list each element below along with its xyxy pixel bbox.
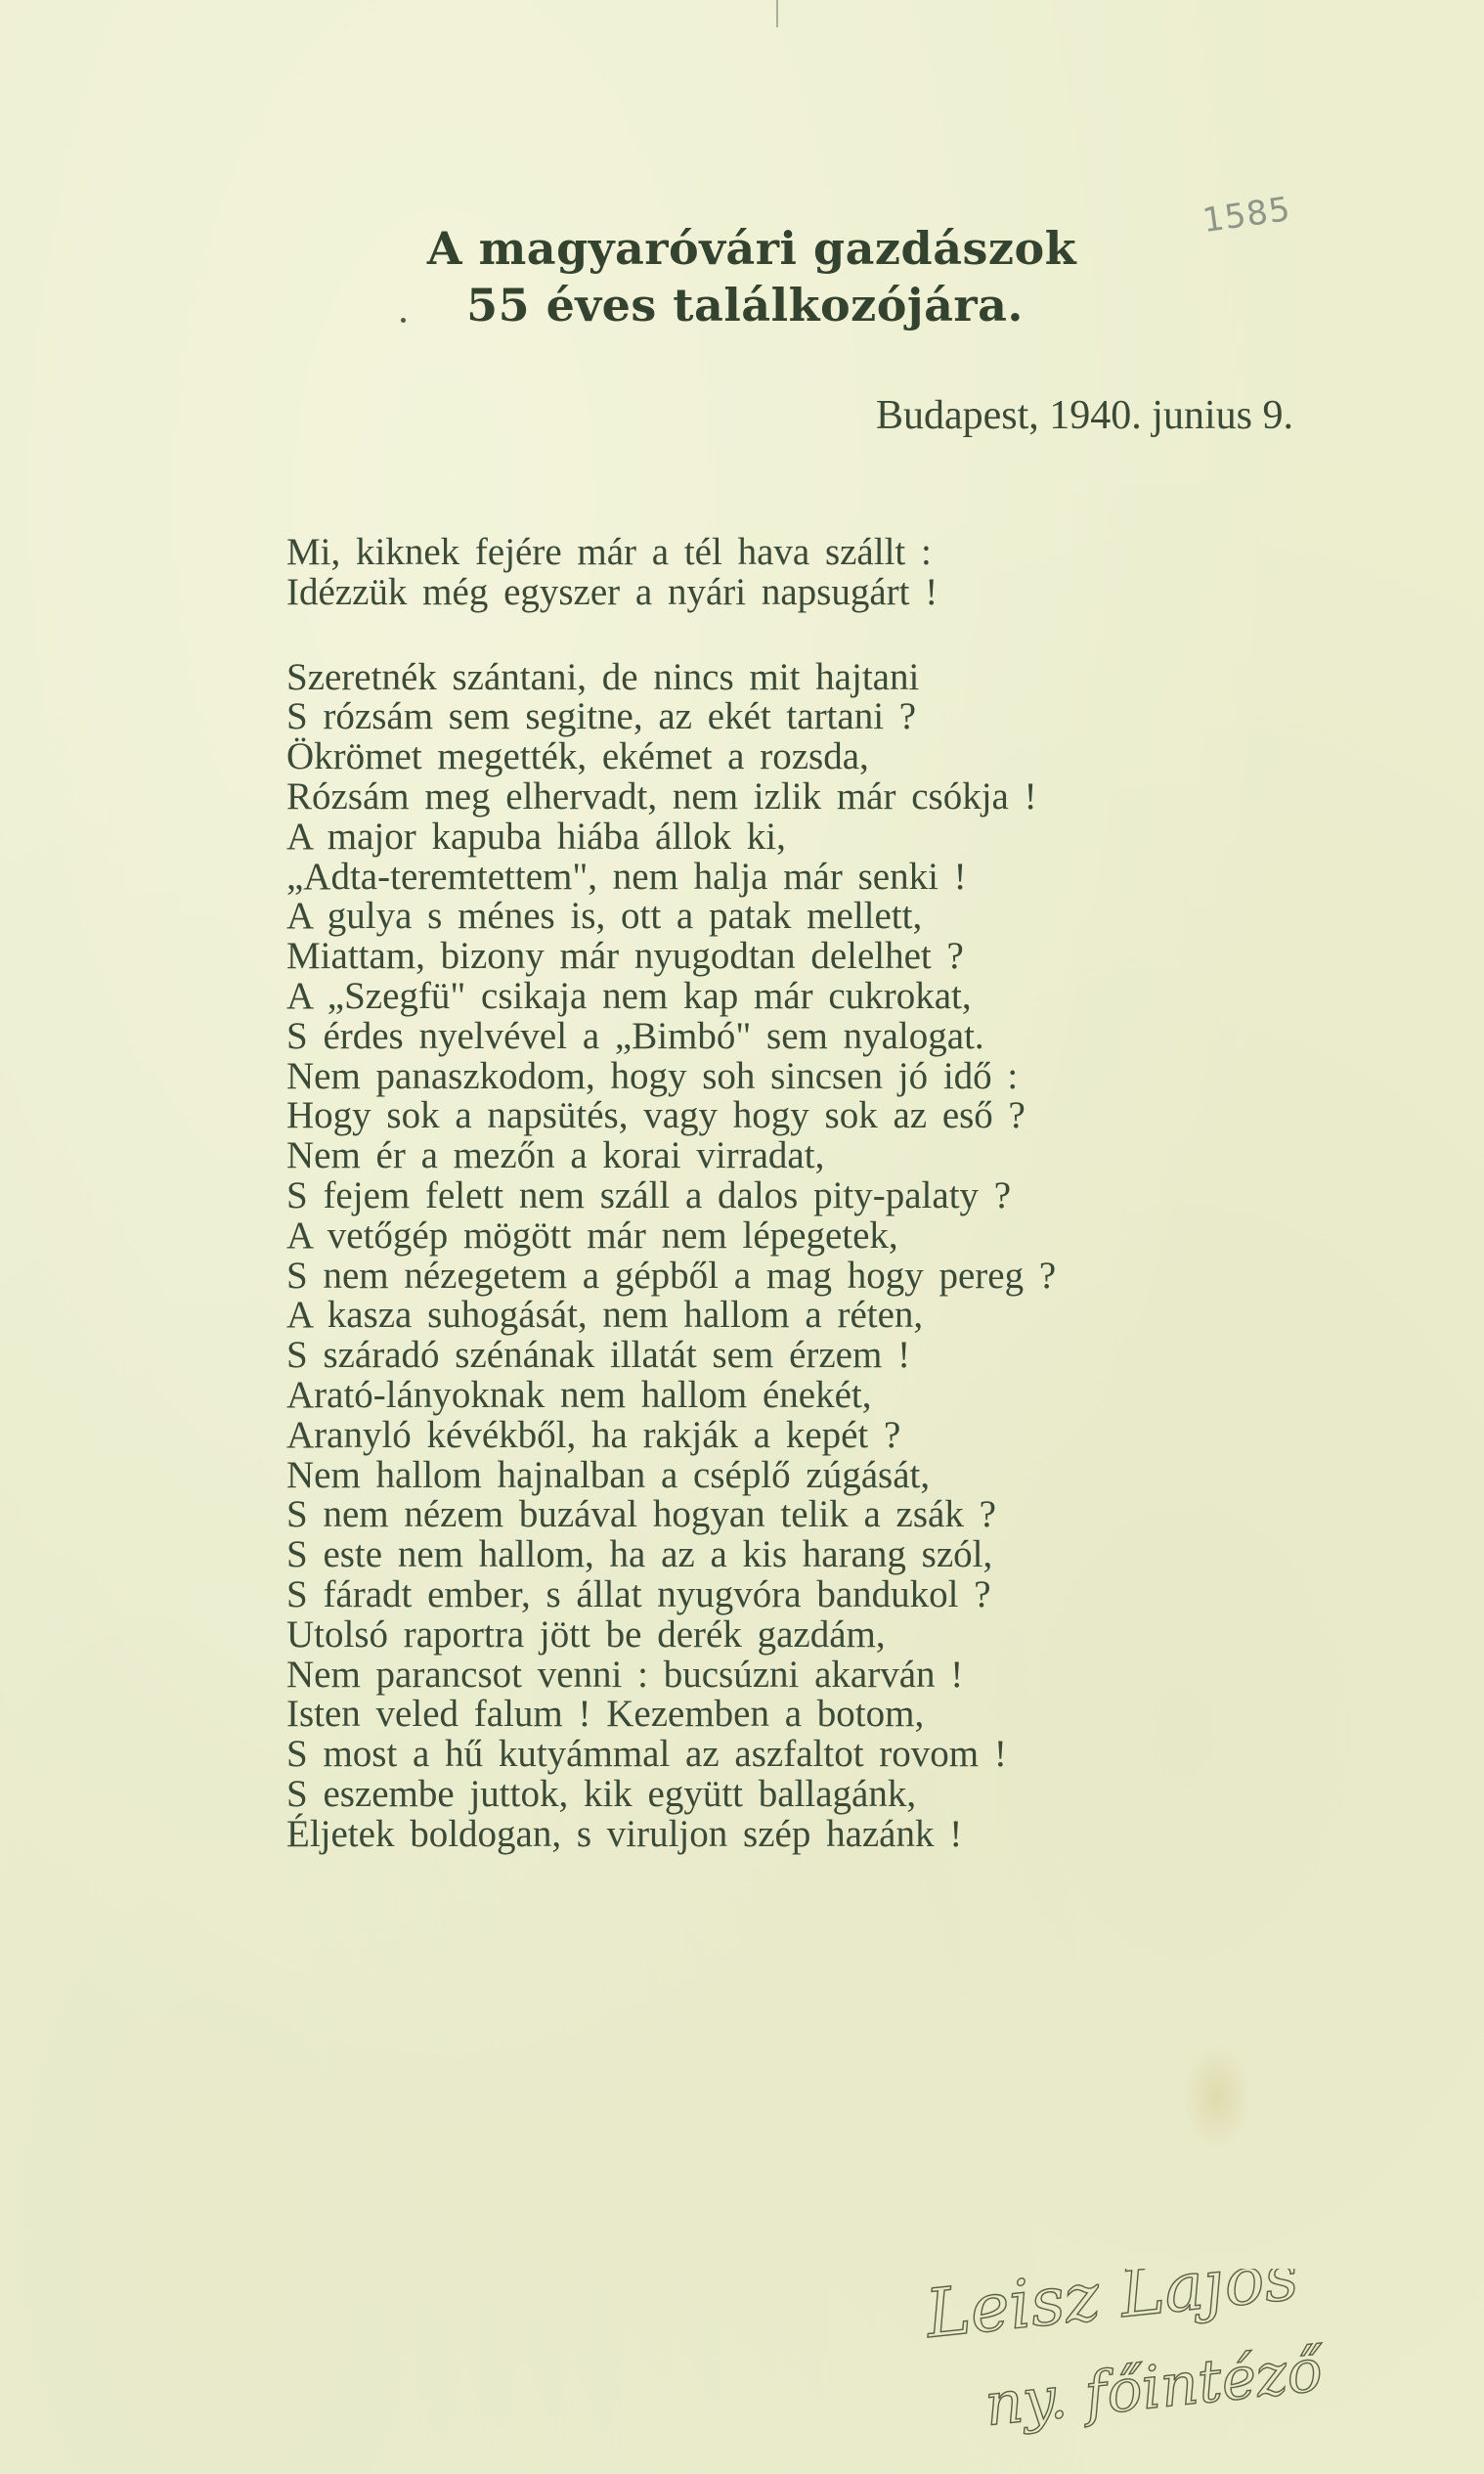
verse-line: Nem panaszkodom, hogy soh sincsen jó idő… bbox=[286, 1057, 1313, 1097]
verse-line: S rózsám sem segitne, az ekét tartani ? bbox=[286, 697, 1313, 737]
verse-line: Utolsó raportra jött be derék gazdám, bbox=[286, 1615, 1313, 1656]
verse-line: Miattam, bizony már nyugodtan delelhet ? bbox=[286, 937, 1313, 977]
stanza-1: Mi, kiknek fejére már a tél hava szállt … bbox=[286, 533, 1313, 613]
signature-name: Leisz Lajos bbox=[921, 2269, 1302, 2354]
paper-stain bbox=[1183, 2044, 1251, 2151]
verse-line: A „Szegfü" csikaja nem kap már cukrokat, bbox=[286, 977, 1313, 1017]
title-line-2: 55 éves találkozójára. bbox=[6, 277, 1484, 333]
verse-line: Ökrömet megették, ekémet a rozsda, bbox=[286, 737, 1313, 777]
verse-line: S nem nézem buzával hogyan telik a zsák … bbox=[286, 1495, 1313, 1535]
verse-line: S érdes nyelvével a „Bimbó" sem nyalogat… bbox=[286, 1017, 1313, 1057]
dateline: Budapest, 1940. junius 9. bbox=[876, 391, 1293, 440]
poem-title: A magyaróvári gazdászok 55 éves találkoz… bbox=[0, 220, 1484, 333]
verse-line: S most a hű kutyámmal az aszfaltot rovom… bbox=[286, 1735, 1313, 1775]
verse-line: Idézzük még egyszer a nyári napsugárt ! bbox=[286, 573, 1313, 613]
document-page: 1585 A magyaróvári gazdászok 55 éves tal… bbox=[0, 0, 1484, 2474]
verse-line: Hogy sok a napsütés, vagy hogy sok az es… bbox=[286, 1096, 1313, 1136]
verse-line: Nem parancsot venni : bucsúzni akarván ! bbox=[286, 1656, 1313, 1696]
verse-line: Nem hallom hajnalban a cséplő zúgását, bbox=[286, 1456, 1313, 1496]
verse-line: S fejem felett nem száll a dalos pity-pa… bbox=[286, 1176, 1313, 1216]
verse-line: Arató-lányoknak nem hallom énekét, bbox=[286, 1376, 1313, 1416]
verse-line: S nem nézegetem a gépből a mag hogy pere… bbox=[286, 1257, 1313, 1297]
signature-graphic: Leisz Lajos ny. főintéző bbox=[909, 2269, 1369, 2445]
verse-line: S fáradt ember, s állat nyugvóra banduko… bbox=[286, 1575, 1313, 1615]
verse-line: Mi, kiknek fejére már a tél hava szállt … bbox=[286, 533, 1313, 573]
verse-line: A gulya s ménes is, ott a patak mellett, bbox=[286, 897, 1313, 937]
verse-line: Szeretnék szántani, de nincs mit hajtani bbox=[286, 658, 1313, 698]
verse-line: S száradó szénának illatát sem érzem ! bbox=[286, 1336, 1313, 1376]
stray-dot bbox=[401, 318, 406, 323]
fold-mark bbox=[776, 0, 778, 27]
handwritten-signature: Leisz Lajos ny. főintéző bbox=[909, 2269, 1369, 2445]
signature-title: ny. főintéző bbox=[982, 2336, 1329, 2440]
verse-line: A vetőgép mögött már nem lépegetek, bbox=[286, 1216, 1313, 1257]
verse-line: Nem ér a mezőn a korai virradat, bbox=[286, 1136, 1313, 1176]
poem-body: Mi, kiknek fejére már a tél hava szállt … bbox=[286, 533, 1313, 1855]
title-line-1: A magyaróvári gazdászok bbox=[20, 220, 1484, 277]
verse-line: Éljetek boldogan, s viruljon szép hazánk… bbox=[286, 1815, 1313, 1855]
verse-line: Aranyló kévékből, ha rakják a kepét ? bbox=[286, 1416, 1313, 1456]
verse-line: S este nem hallom, ha az a kis harang sz… bbox=[286, 1535, 1313, 1575]
stanza-2: Szeretnék szántani, de nincs mit hajtani… bbox=[286, 658, 1313, 1855]
verse-line: S eszembe juttok, kik együtt ballagánk, bbox=[286, 1775, 1313, 1815]
verse-line: Isten veled falum ! Kezemben a botom, bbox=[286, 1695, 1313, 1735]
verse-line: A major kapuba hiába állok ki, bbox=[286, 817, 1313, 858]
verse-line: A kasza suhogását, nem hallom a réten, bbox=[286, 1296, 1313, 1336]
verse-line: Rózsám meg elhervadt, nem izlik már csók… bbox=[286, 777, 1313, 817]
verse-line: „Adta-teremtettem", nem halja már senki … bbox=[286, 858, 1313, 898]
